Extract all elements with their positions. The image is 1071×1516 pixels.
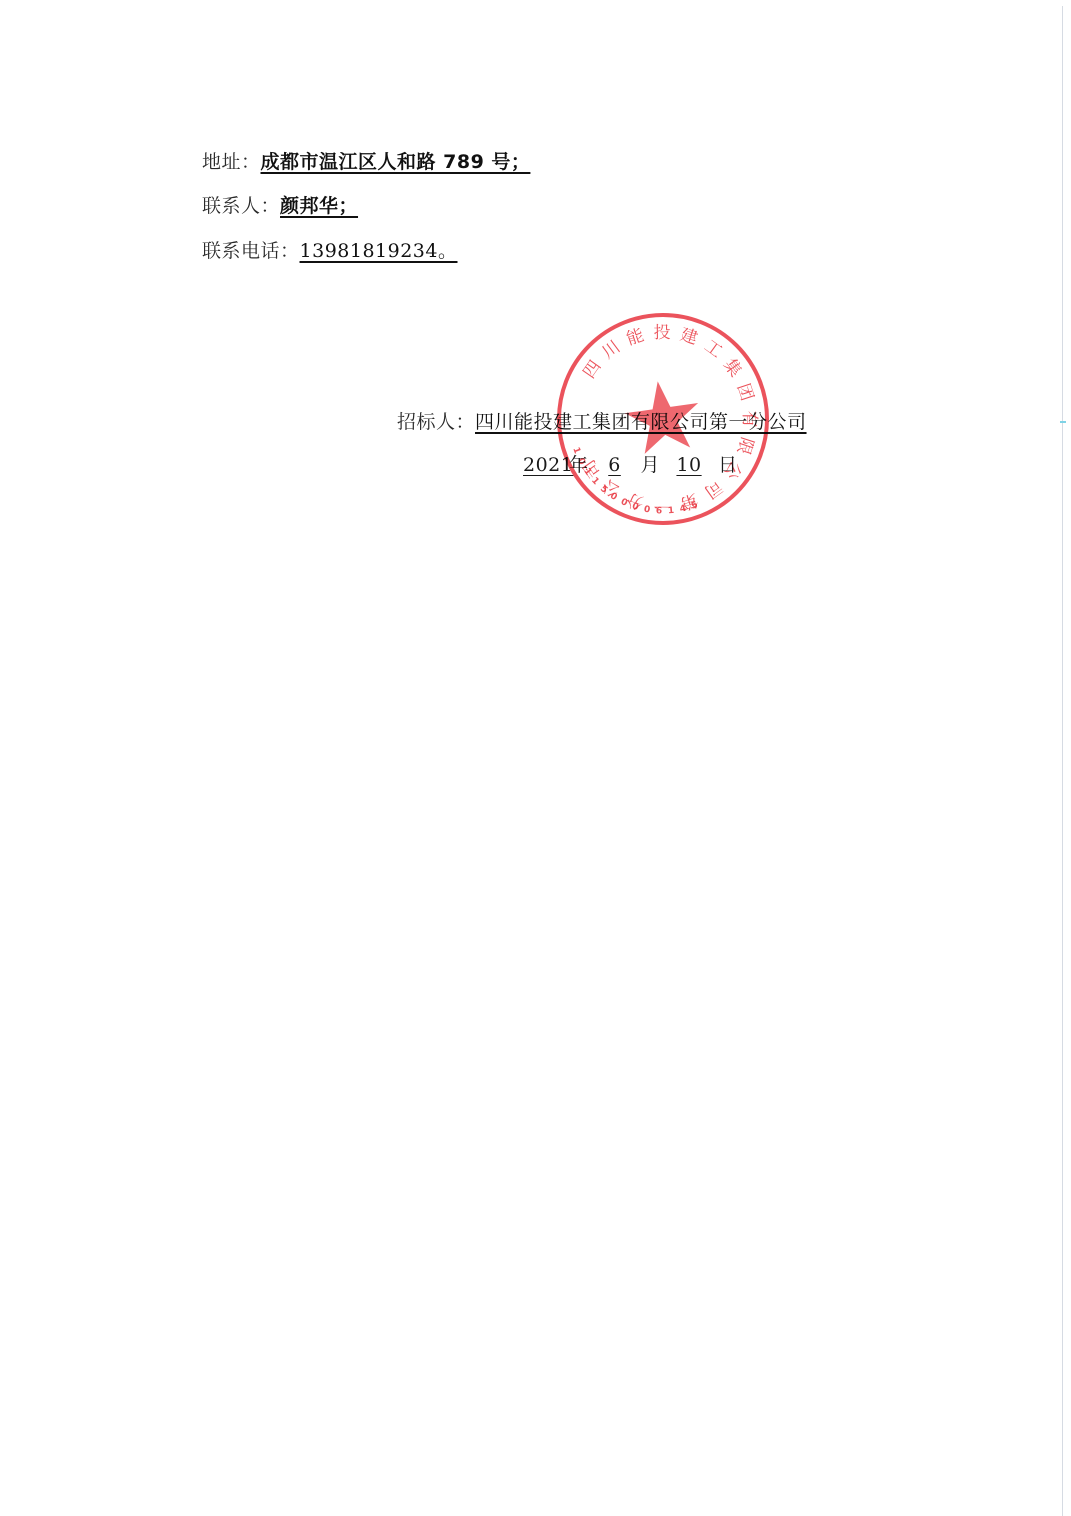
svg-text:第: 第 (678, 489, 700, 513)
svg-text:川: 川 (599, 337, 625, 363)
contact-phone-label: 联系电话： (202, 240, 300, 262)
date-day-unit: 日 (718, 454, 738, 476)
svg-text:4: 4 (679, 504, 687, 515)
svg-text:司: 司 (700, 476, 725, 502)
svg-text:5: 5 (598, 484, 609, 496)
svg-text:0: 0 (643, 505, 651, 516)
svg-text:6: 6 (656, 506, 663, 516)
contact-phone-value: 13981819234。 (300, 240, 458, 262)
contact-person-line: 联系人：颜邦华； (202, 194, 358, 218)
issuer-label: 招标人： (397, 411, 475, 433)
svg-text:1: 1 (668, 506, 675, 517)
date-day: 10 (660, 453, 718, 477)
svg-text:0: 0 (608, 491, 619, 503)
contact-phone-line: 联系电话：13981819234。 (202, 239, 458, 263)
address-line: 地址：成都市温江区人和路 789 号； (202, 150, 530, 174)
date-month: 6 (589, 453, 641, 477)
svg-text:分: 分 (624, 488, 647, 512)
contact-person-label: 联系人： (202, 195, 280, 217)
address-value: 成都市温江区人和路 789 号； (261, 151, 531, 173)
svg-text:能: 能 (624, 325, 647, 349)
svg-text:集: 集 (719, 355, 745, 381)
scan-edge-mark (1060, 421, 1066, 423)
svg-text:工: 工 (700, 336, 725, 362)
date-line: 2021年6月10日 (523, 453, 738, 477)
date-month-unit: 月 (641, 454, 661, 476)
issuer-value: 四川能投建工集团有限公司第一分公司 (475, 411, 807, 433)
svg-text:团: 团 (733, 381, 757, 403)
svg-text:0: 0 (619, 497, 629, 509)
scan-edge-line (1062, 6, 1063, 1516)
svg-text:四: 四 (579, 357, 605, 382)
date-year-unit: 年 (569, 454, 589, 476)
svg-text:建: 建 (678, 325, 700, 349)
issuer-line: 招标人：四川能投建工集团有限公司第一分公司 (397, 410, 807, 434)
date-year: 2021 (523, 453, 569, 477)
svg-text:1: 1 (589, 476, 601, 487)
contact-person-value: 颜邦华； (280, 195, 358, 217)
svg-text:0: 0 (631, 502, 640, 513)
svg-text:5: 5 (690, 500, 699, 512)
svg-text:公: 公 (599, 475, 625, 501)
address-label: 地址： (202, 151, 261, 173)
svg-text:投: 投 (653, 322, 670, 343)
svg-text:一: 一 (653, 495, 670, 515)
